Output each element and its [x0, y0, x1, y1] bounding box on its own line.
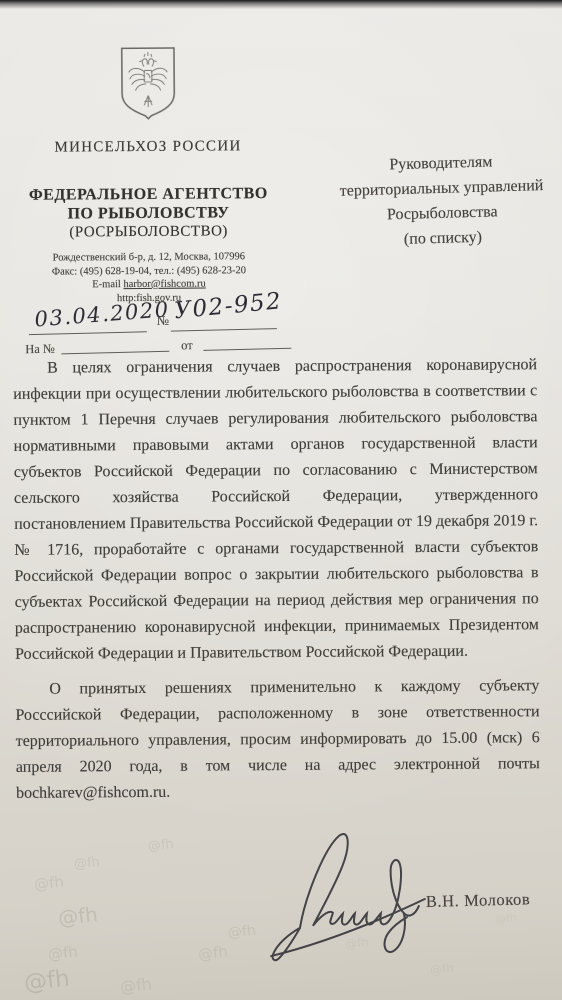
agency-short-name: (РОСРЫБОЛОВСТВО) [6, 222, 291, 243]
paragraph: В целях ограничения случаев распростране… [13, 352, 539, 668]
date-underline [29, 331, 147, 335]
handwritten-date: 03.04.2020 [34, 297, 171, 331]
coat-of-arms-icon [118, 45, 177, 123]
agency-name-line2: ПО РЫБОЛОВСТВУ [6, 203, 291, 224]
from-blank-underline [203, 348, 291, 351]
email-text: harbor@fishcom.ru [123, 279, 205, 291]
signatory-name: В.Н. Молоков [426, 889, 531, 912]
agency-name-line1: ФЕДЕРАЛЬНОЕ АГЕНТСТВО [6, 184, 291, 205]
paragraph: О принятых решениях применительно к кажд… [15, 673, 540, 807]
email-label: E-mail [92, 279, 121, 290]
watermark-text: @fh [344, 935, 369, 951]
watermark-text: @fh [73, 855, 100, 873]
watermark-text: @fh [47, 942, 79, 963]
watermark-text: @fh [197, 942, 229, 963]
watermark-text: @fh [147, 837, 174, 855]
letterhead: МИНСЕЛЬХОЗ РОССИИ ФЕДЕРАЛЬНОЕ АГЕНТСТВО … [5, 44, 292, 306]
watermark-text: @fh [119, 974, 153, 996]
letter-body: В целях ограничения случаев распростране… [13, 352, 540, 807]
number-sign: № [156, 313, 169, 329]
watermark-text: @fh [429, 961, 454, 977]
watermark-text: @fh [33, 872, 65, 893]
ministry-name: МИНСЕЛЬХОЗ РОССИИ [5, 138, 290, 157]
watermark-text: @fh [227, 923, 256, 942]
recipient-block: Руководителям территориальных управлений… [327, 148, 558, 254]
recipient-line: (по списку) [329, 223, 558, 254]
watermark-text: @fh [494, 911, 517, 926]
from-label: от [181, 338, 193, 353]
watermark-text: @fh [57, 902, 99, 930]
number-underline [171, 328, 277, 332]
letter: МИНСЕЛЬХОЗ РОССИИ ФЕДЕРАЛЬНОЕ АГЕНТСТВО … [0, 0, 562, 1000]
watermark-text: @fh [23, 966, 71, 997]
document-photo: МИНСЕЛЬХОЗ РОССИИ ФЕДЕРАЛЬНОЕ АГЕНТСТВО … [0, 0, 562, 1000]
in-reply-blank-underline [61, 351, 169, 355]
